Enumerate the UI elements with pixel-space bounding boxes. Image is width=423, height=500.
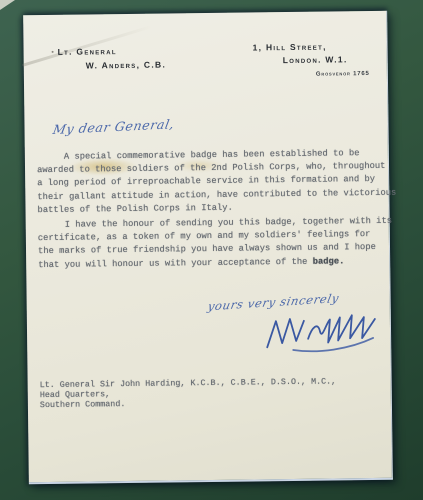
sender-rank: Lt. General xyxy=(58,46,117,57)
body-paragraph-2: I have the honour of sending you this ba… xyxy=(38,215,391,272)
letterhead: Lt. General W. Anders, C.B. 1, Hill Stre… xyxy=(23,11,386,15)
recipient-address: Lt. General Sir John Harding, K.C.B., C.… xyxy=(40,377,337,410)
sender-city: London. W.1. xyxy=(283,54,348,65)
body-paragraph-1: A special commemorative badge has been e… xyxy=(37,147,390,217)
letter-paper: Lt. General W. Anders, C.B. 1, Hill Stre… xyxy=(23,11,393,484)
salutation-handwritten: My dear General, xyxy=(52,116,176,137)
sender-telephone: Grosvenor 1765 xyxy=(316,71,370,78)
typed-line-fragment: that you will honour us with your accept… xyxy=(38,256,313,269)
sender-street: 1, Hill Street, xyxy=(252,42,326,53)
ink-speck xyxy=(52,51,54,53)
photo-corner-artifact xyxy=(0,0,15,10)
emphasized-word: badge. xyxy=(313,256,345,266)
sender-name: W. Anders, C.B. xyxy=(86,59,166,70)
photograph-background: Lt. General W. Anders, C.B. 1, Hill Stre… xyxy=(0,0,423,500)
signature-scrawl xyxy=(263,306,386,363)
recipient-line: Southern Command. xyxy=(40,397,337,411)
